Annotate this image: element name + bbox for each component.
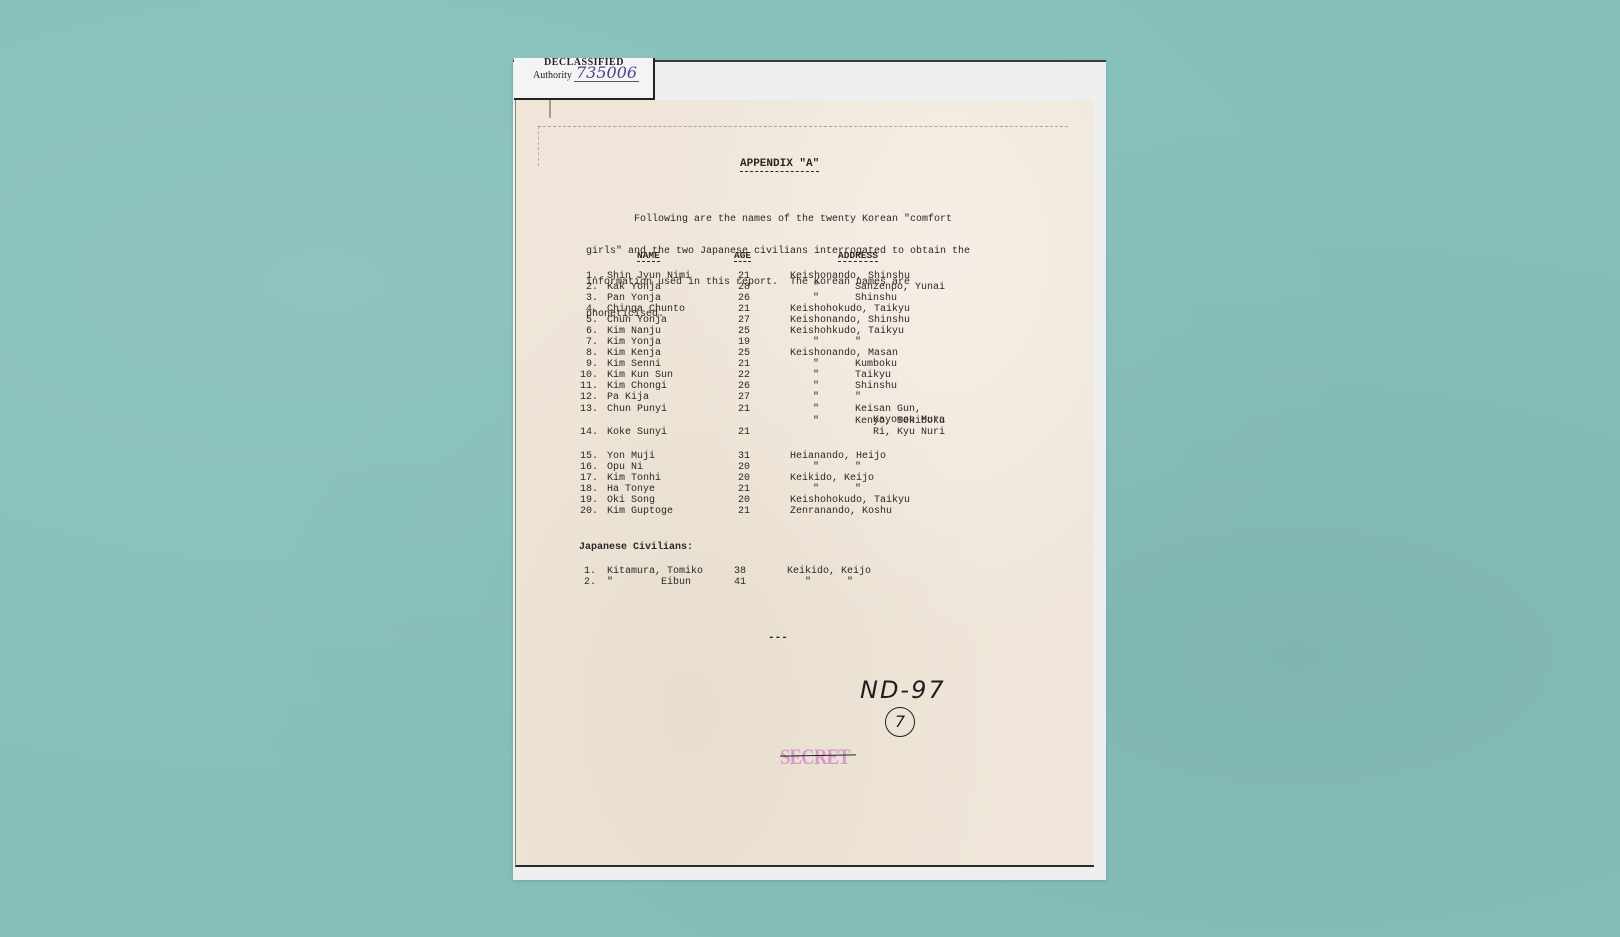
column-header-address: ADDRESS	[838, 250, 878, 262]
row-address: " "	[813, 337, 861, 348]
row-number: 2.	[584, 577, 596, 588]
row-address: Keikido, Keijo	[790, 473, 874, 484]
secret-stamp: SECRET	[780, 744, 850, 770]
row-age: 19	[738, 337, 750, 348]
row-name: Kitamura, Tomiko	[607, 566, 703, 577]
perforation-line-vertical	[538, 126, 539, 166]
declassified-label: DECLASSIFIED Authority 735006	[514, 58, 655, 100]
row-number: 14.	[580, 427, 598, 438]
handwritten-reference: ND-97	[860, 676, 946, 704]
row-number: 4.	[586, 304, 598, 315]
row-address: Heianando, Heijo	[790, 451, 886, 462]
row-age: 25	[738, 326, 750, 337]
row-number: 12.	[580, 392, 598, 403]
row-address: " Sanzenpo, Yunai	[813, 282, 945, 293]
row-name: Kim Yonja	[607, 337, 661, 348]
row-address: " "	[813, 392, 861, 403]
row-number: 10.	[580, 370, 598, 381]
row-age: 21	[738, 271, 750, 282]
end-mark: ---	[768, 632, 788, 644]
row-address: Ri, Kyu Nuri	[813, 427, 945, 438]
row-age: 26	[738, 381, 750, 392]
row-address: Keishohkudo, Taikyu	[790, 326, 904, 337]
row-number: 15.	[580, 451, 598, 462]
row-name: Chinga Chunto	[607, 304, 685, 315]
row-age: 28	[738, 282, 750, 293]
row-name: Yon Muji	[607, 451, 655, 462]
column-header-name: NAME	[637, 250, 660, 262]
row-age: 41	[734, 577, 746, 588]
row-number: 20.	[580, 506, 598, 517]
row-age: 21	[738, 304, 750, 315]
row-age: 21	[738, 484, 750, 495]
column-header-age: AGE	[734, 250, 751, 262]
row-name: " Eibun	[607, 577, 691, 588]
row-name: Ha Tonye	[607, 484, 655, 495]
row-age: 21	[738, 427, 750, 438]
row-address: " "	[813, 462, 861, 473]
row-address: Keishonando, Shinshu	[790, 315, 910, 326]
row-age: 20	[738, 462, 750, 473]
row-age: 26	[738, 293, 750, 304]
row-number: 3.	[586, 293, 598, 304]
row-age: 38	[734, 566, 746, 577]
row-age: 21	[738, 506, 750, 517]
row-number: 6.	[586, 326, 598, 337]
row-name: Chun Yonja	[607, 315, 667, 326]
row-number: 7.	[586, 337, 598, 348]
row-name: Kim Senni	[607, 359, 661, 370]
authority-label: Authority	[533, 70, 572, 81]
row-address: " Keisan Gun,	[813, 404, 921, 415]
handwritten-page-number: 7	[885, 707, 915, 737]
row-address: " "	[813, 484, 861, 495]
row-name: Chun Punyi	[607, 404, 667, 415]
row-name: Oki Song	[607, 495, 655, 506]
row-number: 8.	[586, 348, 598, 359]
row-age: 21	[738, 404, 750, 415]
row-name: Kim Nanju	[607, 326, 661, 337]
row-name: Kim Kenja	[607, 348, 661, 359]
row-name: Kim Chongi	[607, 381, 667, 392]
row-age: 25	[738, 348, 750, 359]
row-address: " "	[805, 577, 853, 588]
row-address: Keishonando, Shinshu	[790, 271, 910, 282]
row-name: Shin Jyun Nimi	[607, 271, 691, 282]
row-number: 1.	[584, 566, 596, 577]
row-name: Koke Sunyi	[607, 427, 667, 438]
row-number: 19.	[580, 495, 598, 506]
row-age: 20	[738, 495, 750, 506]
row-address: Keishohokudo, Taikyu	[790, 495, 910, 506]
page-title: APPENDIX "A"	[740, 158, 819, 172]
row-name: Pa Kija	[607, 392, 649, 403]
row-number: 1.	[586, 271, 598, 282]
row-address: Zenranando, Koshu	[790, 506, 892, 517]
perforation-line	[538, 126, 1068, 127]
row-address: " Kenyo, Sekiboku	[813, 416, 945, 427]
row-age: 27	[738, 315, 750, 326]
row-number: 5.	[586, 315, 598, 326]
row-number: 11.	[580, 381, 598, 392]
row-address: Keishonando, Masan	[790, 348, 898, 359]
row-name: Kim Guptoge	[607, 506, 673, 517]
row-number: 16.	[580, 462, 598, 473]
row-age: 31	[738, 451, 750, 462]
japanese-civilians-heading: Japanese Civilians:	[579, 542, 693, 553]
row-number: 2.	[586, 282, 598, 293]
intro-line: Following are the names of the twenty Ko…	[586, 215, 966, 226]
row-number: 9.	[586, 359, 598, 370]
row-address: Keishohokudo, Taikyu	[790, 304, 910, 315]
row-age: 21	[738, 359, 750, 370]
row-address: Keikido, Keijo	[787, 566, 871, 577]
row-number: 17.	[580, 473, 598, 484]
row-number: 13.	[580, 404, 598, 415]
row-address: " Shinshu	[813, 293, 897, 304]
row-address: " Shinshu	[813, 381, 897, 392]
row-address: " Kumboku	[813, 359, 897, 370]
row-age: 22	[738, 370, 750, 381]
row-number: 18.	[580, 484, 598, 495]
row-name: Kim Kun Sun	[607, 370, 673, 381]
authority-number: 735006	[574, 65, 639, 82]
row-name: Kak Yonja	[607, 282, 661, 293]
row-name: Opu Ni	[607, 462, 643, 473]
staple-mark	[549, 100, 551, 118]
row-age: 27	[738, 392, 750, 403]
row-name: Kim Tonhi	[607, 473, 661, 484]
row-address: " Taikyu	[813, 370, 891, 381]
row-name: Pan Yonja	[607, 293, 661, 304]
row-age: 20	[738, 473, 750, 484]
